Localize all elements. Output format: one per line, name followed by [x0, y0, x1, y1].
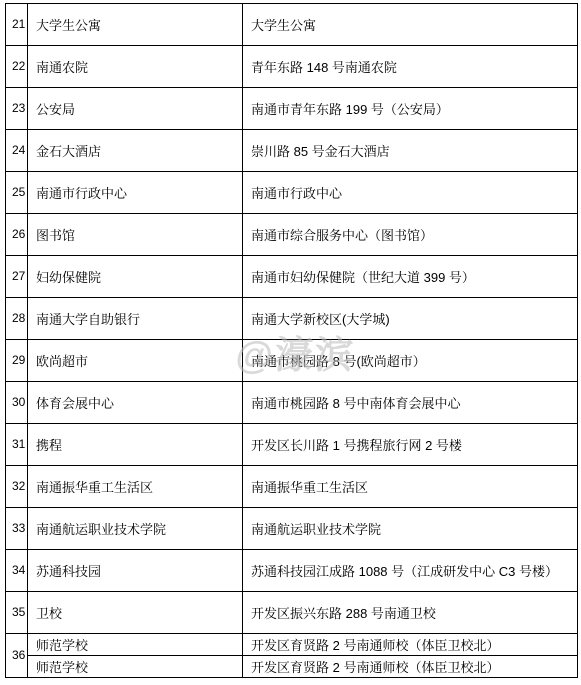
row-number: 31 [6, 424, 28, 466]
location-address: 开发区振兴东路 288 号南通卫校 [243, 592, 578, 634]
table-row: 22 南通农院 青年东路 148 号南通农院 [6, 46, 578, 88]
row-number: 34 [6, 550, 28, 592]
location-address: 开发区育贤路 2 号南通师校（体臣卫校北） [243, 656, 578, 678]
location-address: 青年东路 148 号南通农院 [243, 46, 578, 88]
location-name: 南通航运职业技术学院 [28, 508, 243, 550]
location-name: 携程 [28, 424, 243, 466]
location-address: 崇川路 85 号金石大酒店 [243, 130, 578, 172]
row-number: 35 [6, 592, 28, 634]
row-number: 28 [6, 298, 28, 340]
location-name: 金石大酒店 [28, 130, 243, 172]
row-number: 33 [6, 508, 28, 550]
location-address: 南通市综合服务中心（图书馆） [243, 214, 578, 256]
table-row: 26 图书馆 南通市综合服务中心（图书馆） [6, 214, 578, 256]
location-name: 南通大学自助银行 [28, 298, 243, 340]
table-row: 21 大学生公寓 大学生公寓 [6, 4, 578, 46]
row-number: 27 [6, 256, 28, 298]
location-name: 体育会展中心 [28, 382, 243, 424]
location-name: 妇幼保健院 [28, 256, 243, 298]
location-address: 南通市行政中心 [243, 172, 578, 214]
location-name: 图书馆 [28, 214, 243, 256]
table-row: 32 南通振华重工生活区 南通振华重工生活区 [6, 466, 578, 508]
location-name: 师范学校 [28, 656, 243, 678]
table-row: 31 携程 开发区长川路 1 号携程旅行网 2 号楼 [6, 424, 578, 466]
row-number: 26 [6, 214, 28, 256]
row-number: 22 [6, 46, 28, 88]
location-address: 开发区育贤路 2 号南通师校（体臣卫校北） [243, 634, 578, 656]
location-address: 开发区长川路 1 号携程旅行网 2 号楼 [243, 424, 578, 466]
location-address: 苏通科技园江成路 1088 号（江成研发中心 C3 号楼） [243, 550, 578, 592]
location-address: 南通市桃园路 8 号(欧尚超市） [243, 340, 578, 382]
table-row: 29 欧尚超市 南通市桃园路 8 号(欧尚超市） [6, 340, 578, 382]
location-name: 苏通科技园 [28, 550, 243, 592]
table-row: 34 苏通科技园 苏通科技园江成路 1088 号（江成研发中心 C3 号楼） [6, 550, 578, 592]
table-row: 23 公安局 南通市青年东路 199 号（公安局） [6, 88, 578, 130]
location-name: 南通农院 [28, 46, 243, 88]
location-name: 师范学校 [28, 634, 243, 656]
row-number: 25 [6, 172, 28, 214]
table-row: 25 南通市行政中心 南通市行政中心 [6, 172, 578, 214]
location-name: 公安局 [28, 88, 243, 130]
row-number: 32 [6, 466, 28, 508]
table-row: 27 妇幼保健院 南通市妇幼保健院（世纪大道 399 号） [6, 256, 578, 298]
location-address: 大学生公寓 [243, 4, 578, 46]
location-name: 南通振华重工生活区 [28, 466, 243, 508]
table-row: 30 体育会展中心 南通市桃园路 8 号中南体育会展中心 [6, 382, 578, 424]
row-number: 36 [6, 634, 28, 678]
row-number: 30 [6, 382, 28, 424]
location-address: 南通大学新校区(大学城) [243, 298, 578, 340]
locations-table: 21 大学生公寓 大学生公寓 22 南通农院 青年东路 148 号南通农院 23… [5, 3, 578, 678]
location-address: 南通市青年东路 199 号（公安局） [243, 88, 578, 130]
row-number: 21 [6, 4, 28, 46]
table-row: 24 金石大酒店 崇川路 85 号金石大酒店 [6, 130, 578, 172]
table-row: 35 卫校 开发区振兴东路 288 号南通卫校 [6, 592, 578, 634]
table-row: 36 师范学校 开发区育贤路 2 号南通师校（体臣卫校北） [6, 634, 578, 656]
row-number: 24 [6, 130, 28, 172]
table-row: 28 南通大学自助银行 南通大学新校区(大学城) [6, 298, 578, 340]
row-number: 29 [6, 340, 28, 382]
page: 21 大学生公寓 大学生公寓 22 南通农院 青年东路 148 号南通农院 23… [0, 0, 581, 685]
location-address: 南通航运职业技术学院 [243, 508, 578, 550]
location-name: 大学生公寓 [28, 4, 243, 46]
location-address: 南通市妇幼保健院（世纪大道 399 号） [243, 256, 578, 298]
row-number: 23 [6, 88, 28, 130]
location-address: 南通振华重工生活区 [243, 466, 578, 508]
table-row: 33 南通航运职业技术学院 南通航运职业技术学院 [6, 508, 578, 550]
location-address: 南通市桃园路 8 号中南体育会展中心 [243, 382, 578, 424]
table-row: 师范学校 开发区育贤路 2 号南通师校（体臣卫校北） [6, 656, 578, 678]
location-name: 卫校 [28, 592, 243, 634]
location-name: 欧尚超市 [28, 340, 243, 382]
location-name: 南通市行政中心 [28, 172, 243, 214]
